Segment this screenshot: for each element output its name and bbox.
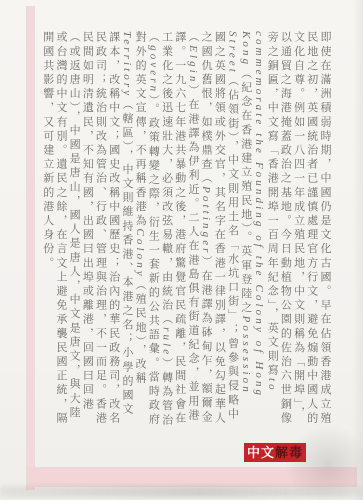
scanned-page: 即使在滿洲積弱時期，中國仍是文化古國。早在佔領香港成立殖民地之初，英國統治者已謹… xyxy=(0,0,363,500)
book-title-part-primary: 中文 xyxy=(247,446,275,459)
scan-shadow-bottom xyxy=(0,486,363,497)
page-body-text: 即使在滿洲積弱時期，中國仍是文化古國。早在佔領香港成立殖民地之初，英國統治者已謹… xyxy=(37,31,331,431)
scan-shadow-right xyxy=(353,0,363,500)
cover-edge-left xyxy=(26,6,35,490)
